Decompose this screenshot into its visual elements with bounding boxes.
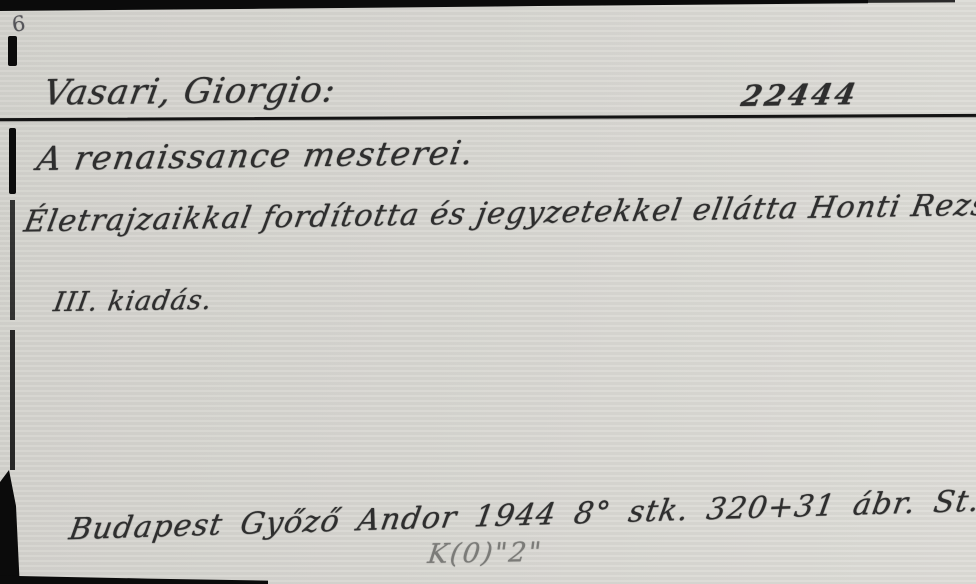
- pencil-shelf-note: K(0)"2": [426, 537, 545, 570]
- ruled-separator-line: [0, 114, 976, 121]
- scan-edge-bottom-left-corner: [0, 470, 20, 584]
- scan-edge-left: [9, 128, 16, 194]
- call-number: 22444: [738, 77, 861, 113]
- scan-edge-bottom: [0, 572, 268, 584]
- scan-edge-left: [10, 330, 15, 470]
- scan-edge-left: [10, 200, 15, 320]
- author-heading: Vasari, Giorgio:: [40, 70, 339, 113]
- corner-pencil-mark: 6: [11, 11, 27, 36]
- statement-of-responsibility: Életrajzaikkal fordította és jegyzetekke…: [21, 187, 976, 239]
- edition-note: III. kiadás.: [51, 285, 214, 318]
- scan-edge-left: [8, 36, 17, 66]
- title-line: A renaissance mesterei.: [34, 133, 477, 178]
- catalog-card-scan: 6 Vasari, Giorgio: 22444 A renaissance m…: [0, 0, 976, 584]
